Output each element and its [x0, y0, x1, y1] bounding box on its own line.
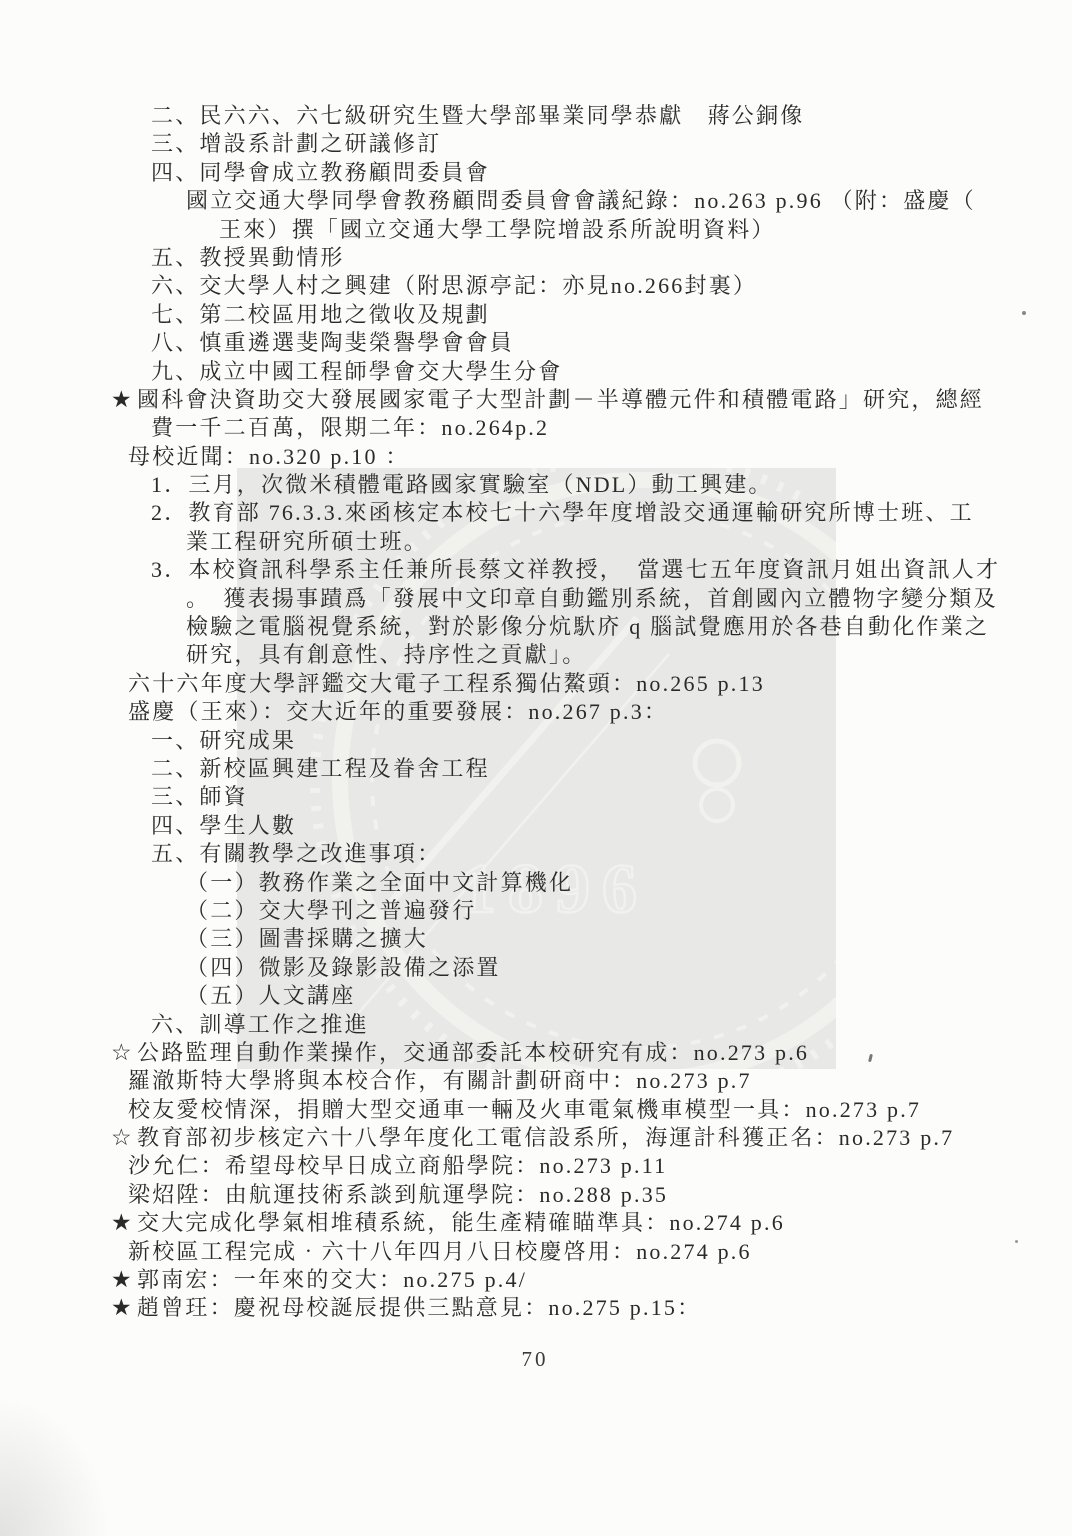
- line-text: （三）圖書採購之擴大: [186, 926, 428, 951]
- line-text: 五、有關教學之改進事項：: [151, 841, 441, 866]
- text-line: 3．本校資訊科學系主任兼所長蔡文祥教授， 當選七五年度資訊月姐出資訊人才: [0, 556, 1072, 584]
- line-text: 母校近聞：no.320 p.10 ：: [128, 444, 410, 469]
- line-text: 九、成立中國工程師學會交大學生分會: [151, 359, 562, 384]
- line-text: （四）微影及錄影設備之添置: [186, 955, 501, 980]
- line-text: 二、新校區興建工程及眷舍工程: [151, 756, 490, 781]
- line-text: 校友愛校情深，捐贈大型交通車一輛及火車電氣機車模型一具：no.273 p.7: [128, 1097, 921, 1122]
- line-text: 七、第二校區用地之徵收及規劃: [151, 302, 490, 327]
- text-line: 六十六年度大學評鑑交大電子工程系獨佔鰲頭：no.265 p.13: [0, 670, 1072, 698]
- text-line: ★郭南宏：一年來的交大：no.275 p.4/: [0, 1266, 1072, 1294]
- text-line: 盛慶（王來）：交大近年的重要發展：no.267 p.3：: [0, 698, 1072, 726]
- text-line: ☆公路監理自動作業操作，交通部委託本校研究有成：no.273 p.6: [0, 1039, 1072, 1067]
- line-text: 趙曾玨：慶祝母校誕辰提供三點意見：no.275 p.15：: [137, 1295, 701, 1320]
- line-text: 四、同學會成立教務顧問委員會: [151, 160, 490, 185]
- text-line: 三、師資: [0, 783, 1072, 811]
- filled-star-icon: ★: [111, 1266, 137, 1294]
- line-text: 六、訓導工作之推進: [151, 1012, 369, 1037]
- text-line: 國立交通大學同學會教務顧問委員會會議紀錄：no.263 p.96 （附：盛慶（: [0, 187, 1072, 215]
- text-line: （一）教務作業之全面中文計算機化: [0, 869, 1072, 897]
- text-line: 四、學生人數: [0, 812, 1072, 840]
- line-text: 羅澈斯特大學將與本校合作，有關計劃研商中：no.273 p.7: [128, 1068, 752, 1093]
- line-text: 梁炤陞：由航運技術系談到航運學院：no.288 p.35: [128, 1182, 668, 1207]
- line-text: 盛慶（王來）：交大近年的重要發展：no.267 p.3：: [128, 699, 668, 724]
- text-line: 王來）撰「國立交通大學工學院增設系所說明資料）: [0, 216, 1072, 244]
- hollow-star-icon: ☆: [111, 1039, 137, 1067]
- text-line: 九、成立中國工程師學會交大學生分會: [0, 358, 1072, 386]
- scan-speck: [1022, 311, 1026, 315]
- filled-star-icon: ★: [111, 1209, 137, 1237]
- text-line: 1．三月，次微米積體電路國家實驗室（NDL）動工興建。: [0, 471, 1072, 499]
- text-line: 六、交大學人村之興建（附思源亭記：亦見no.266封裏）: [0, 272, 1072, 300]
- line-text: 檢驗之電腦視覺系統，對於影像分炕馱庎 q 腦試覺應用於各巷自動化作業之: [186, 614, 989, 639]
- line-text: 2．教育部 76.3.3.來函核定本校七十六學年度增設交通運輸研究所博士班、工: [151, 500, 974, 525]
- text-line: 一、研究成果: [0, 727, 1072, 755]
- line-text: （五）人文講座: [186, 983, 355, 1008]
- line-text: 費一千二百萬，限期二年：no.264p.2: [151, 415, 549, 440]
- line-text: （二）交大學刊之普遍發行: [186, 898, 476, 923]
- document-lines: 二、民六六、六七級研究生暨大學部畢業同學恭獻 蔣公銅像三、增設系計劃之研議修訂四…: [0, 102, 1072, 1323]
- text-line: 四、同學會成立教務顧問委員會: [0, 159, 1072, 187]
- line-text: 3．本校資訊科學系主任兼所長蔡文祥教授， 當選七五年度資訊月姐出資訊人才: [151, 557, 1000, 582]
- line-text: 五、教授異動情形: [151, 245, 345, 270]
- text-line: 費一千二百萬，限期二年：no.264p.2: [0, 414, 1072, 442]
- text-line: ★趙曾玨：慶祝母校誕辰提供三點意見：no.275 p.15：: [0, 1294, 1072, 1322]
- line-text: 二、民六六、六七級研究生暨大學部畢業同學恭獻 蔣公銅像: [151, 103, 804, 128]
- text-line: 二、民六六、六七級研究生暨大學部畢業同學恭獻 蔣公銅像: [0, 102, 1072, 130]
- line-text: 交大完成化學氣相堆積系統，能生產精確瞄準具：no.274 p.6: [137, 1210, 785, 1235]
- scan-speck: [1015, 1240, 1018, 1243]
- text-line: 沙允仁：希望母校早日成立商船學院：no.273 p.11: [0, 1152, 1072, 1180]
- filled-star-icon: ★: [111, 1294, 137, 1322]
- text-line: 六、訓導工作之推進: [0, 1011, 1072, 1039]
- line-text: 一、研究成果: [151, 728, 296, 753]
- text-line: 檢驗之電腦視覺系統，對於影像分炕馱庎 q 腦試覺應用於各巷自動化作業之: [0, 613, 1072, 641]
- text-line: 梁炤陞：由航運技術系談到航運學院：no.288 p.35: [0, 1181, 1072, 1209]
- text-line: 母校近聞：no.320 p.10 ：: [0, 443, 1072, 471]
- line-text: 公路監理自動作業操作，交通部委託本校研究有成：no.273 p.6: [137, 1040, 809, 1065]
- line-text: 。 獲表揚事蹟爲「發展中文印章自動鑑別系統，首創國內立體物字變分類及: [186, 586, 998, 611]
- line-text: 沙允仁：希望母校早日成立商船學院：no.273 p.11: [128, 1153, 667, 1178]
- text-line: 七、第二校區用地之徵收及規劃: [0, 301, 1072, 329]
- line-text: 郭南宏：一年來的交大：no.275 p.4/: [137, 1267, 527, 1292]
- line-text: 王來）撰「國立交通大學工學院增設系所說明資料）: [219, 217, 776, 242]
- text-line: ☆教育部初步核定六十八學年度化工電信設系所，海運計科獲正名：no.273 p.7: [0, 1124, 1072, 1152]
- line-text: 國科會決資助交大發展國家電子大型計劃－半導體元件和積體電路」研究，總經: [137, 387, 984, 412]
- line-text: 國立交通大學同學會教務顧問委員會會議紀錄：no.263 p.96 （附：盛慶（: [186, 188, 976, 213]
- text-line: 三、增設系計劃之研議修訂: [0, 130, 1072, 158]
- text-line: （五）人文講座: [0, 982, 1072, 1010]
- line-text: 六十六年度大學評鑑交大電子工程系獨佔鰲頭：no.265 p.13: [128, 671, 765, 696]
- line-text: 四、學生人數: [151, 813, 296, 838]
- text-line: 八、慎重遴選斐陶斐榮譽學會會員: [0, 329, 1072, 357]
- line-text: 三、增設系計劃之研議修訂: [151, 131, 441, 156]
- line-text: （一）教務作業之全面中文計算機化: [186, 870, 573, 895]
- text-line: ★交大完成化學氣相堆積系統，能生產精確瞄準具：no.274 p.6: [0, 1209, 1072, 1237]
- text-line: 研究，具有創意性、持序性之貢獻」。: [0, 641, 1072, 669]
- line-text: 六、交大學人村之興建（附思源亭記：亦見no.266封裏）: [151, 273, 757, 298]
- text-line: 業工程研究所碩士班。: [0, 528, 1072, 556]
- text-line: 五、有關教學之改進事項：: [0, 840, 1072, 868]
- text-line: （四）微影及錄影設備之添置: [0, 954, 1072, 982]
- text-line: （二）交大學刊之普遍發行: [0, 897, 1072, 925]
- scanned-page: 1896 二、民六六、六七級研究生暨大學部畢業同學恭獻 蔣公銅像三、增設系計劃之…: [0, 0, 1072, 1536]
- line-text: 三、師資: [151, 784, 248, 809]
- text-line: 二、新校區興建工程及眷舍工程: [0, 755, 1072, 783]
- text-line: （三）圖書採購之擴大: [0, 925, 1072, 953]
- line-text: 教育部初步核定六十八學年度化工電信設系所，海運計科獲正名：no.273 p.7: [137, 1125, 954, 1150]
- text-line: 2．教育部 76.3.3.來函核定本校七十六學年度增設交通運輸研究所博士班、工: [0, 499, 1072, 527]
- text-line: ★國科會決資助交大發展國家電子大型計劃－半導體元件和積體電路」研究，總經: [0, 386, 1072, 414]
- scan-corner-shadow: [0, 1396, 110, 1536]
- text-line: 五、教授異動情形: [0, 244, 1072, 272]
- text-line: 校友愛校情深，捐贈大型交通車一輛及火車電氣機車模型一具：no.273 p.7: [0, 1096, 1072, 1124]
- text-line: 。 獲表揚事蹟爲「發展中文印章自動鑑別系統，首創國內立體物字變分類及: [0, 585, 1072, 613]
- line-text: 業工程研究所碩士班。: [186, 529, 428, 554]
- line-text: 1．三月，次微米積體電路國家實驗室（NDL）動工興建。: [151, 472, 773, 497]
- page-number: 70: [505, 1347, 565, 1372]
- hollow-star-icon: ☆: [111, 1124, 137, 1152]
- text-line: 新校區工程完成‧六十八年四月八日校慶啓用：no.274 p.6: [0, 1238, 1072, 1266]
- text-line: 羅澈斯特大學將與本校合作，有關計劃研商中：no.273 p.7: [0, 1067, 1072, 1095]
- line-text: 新校區工程完成‧六十八年四月八日校慶啓用：no.274 p.6: [128, 1239, 752, 1264]
- line-text: 八、慎重遴選斐陶斐榮譽學會會員: [151, 330, 514, 355]
- line-text: 研究，具有創意性、持序性之貢獻」。: [186, 642, 586, 667]
- filled-star-icon: ★: [111, 386, 137, 414]
